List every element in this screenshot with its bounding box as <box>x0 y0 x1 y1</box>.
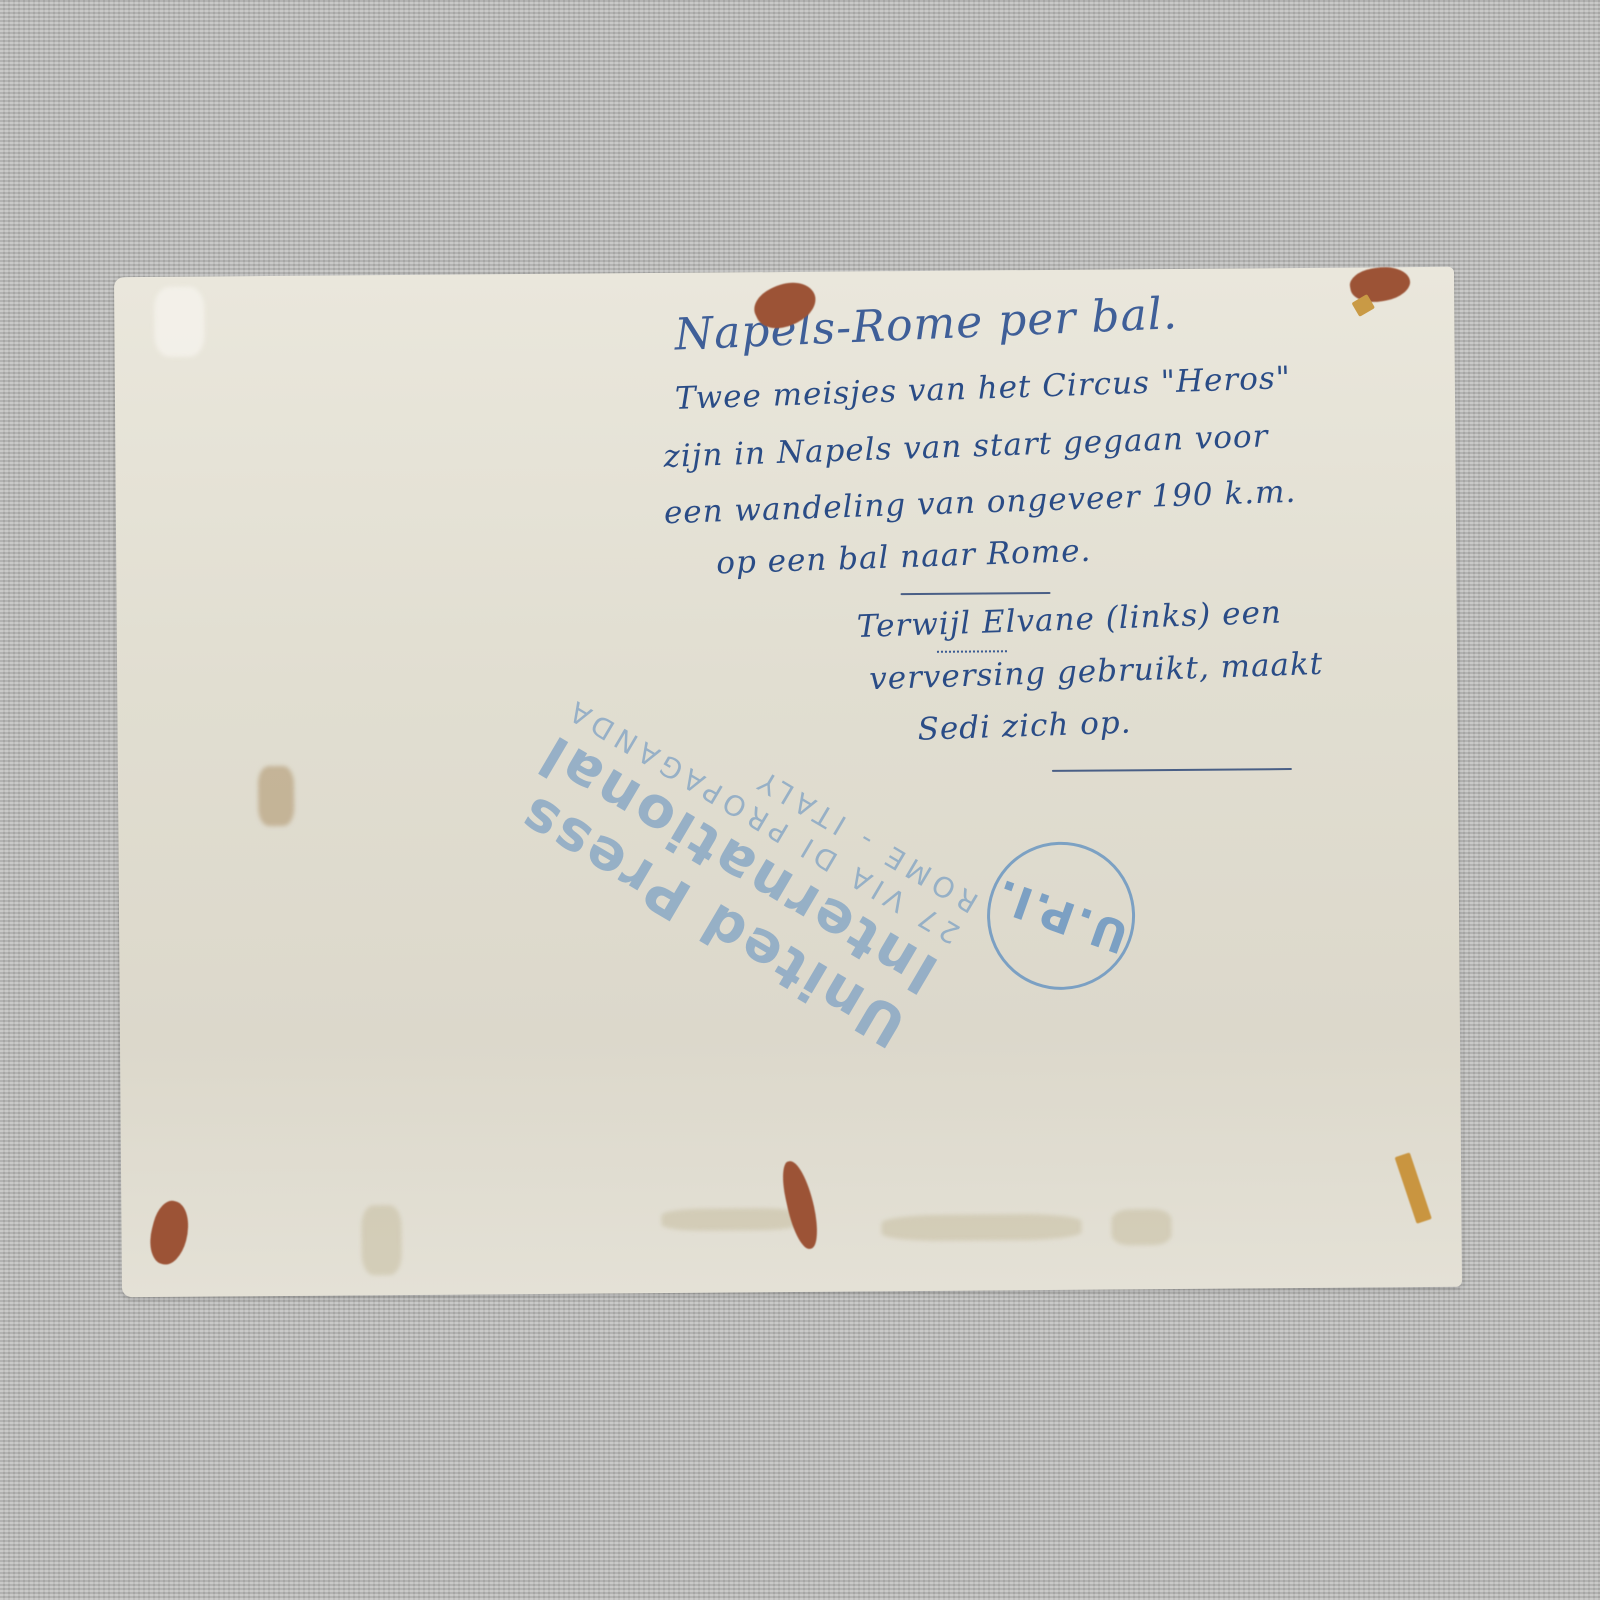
glue-residue <box>881 1214 1081 1242</box>
glue-residue <box>154 287 205 357</box>
divider-line <box>1052 768 1292 772</box>
name-underline <box>937 644 1007 653</box>
tape-strip <box>1395 1152 1432 1223</box>
glue-residue <box>361 1205 402 1275</box>
caption-line: op een bal naar Rome. <box>716 533 1092 582</box>
glue-residue <box>1111 1209 1171 1245</box>
photo-back-card: United Press International 27 VIA DI PRO… <box>114 267 1462 1297</box>
mount-tab <box>144 1197 195 1268</box>
caption-line: Twee meisjes van het Circus "Heros" <box>674 360 1291 417</box>
caption-line: Sedi zich op. <box>917 705 1132 748</box>
caption-title: Napels-Rome per bal. <box>674 288 1179 360</box>
upi-circle-text: U.P.I. <box>987 869 1135 963</box>
mount-tab <box>778 1158 823 1251</box>
glue-residue <box>661 1208 801 1231</box>
caption-line: Terwijl Elvane (links) een <box>856 595 1282 645</box>
caption-line: een wandeling van ongeveer 190 k.m. <box>663 474 1296 532</box>
caption-line: zijn in Napels van start gegaan voor <box>663 418 1269 475</box>
stain <box>258 766 294 826</box>
divider-line <box>901 592 1051 595</box>
